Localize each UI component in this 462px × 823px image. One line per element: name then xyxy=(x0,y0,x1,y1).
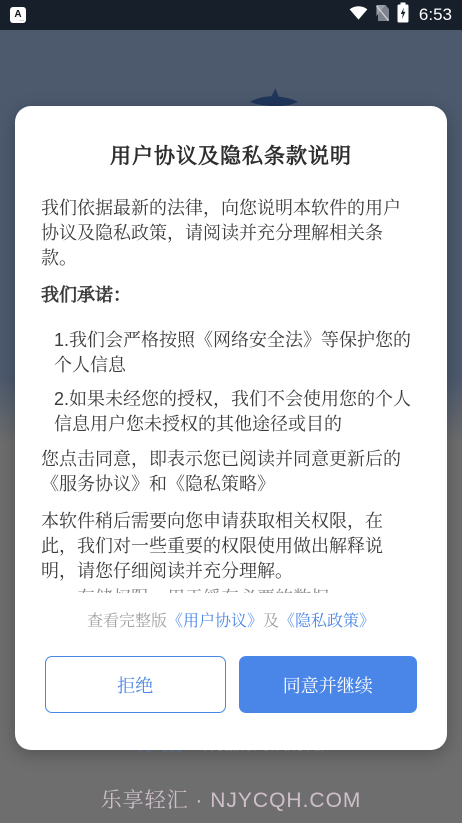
privacy-agreement-dialog: 用户协议及隐私条款说明 我们依据最新的法律，向您说明本软件的用户 协议及隐私政策… xyxy=(15,106,447,750)
agree-continue-button[interactable]: 同意并继续 xyxy=(239,656,418,713)
no-sim-icon xyxy=(375,4,390,27)
app-notification-dots: ... xyxy=(19,19,25,22)
agree-note-paragraph: 您点击同意，即表示您已阅读并同意更新后的 《服务协议》和《隐私策略》 xyxy=(41,447,421,497)
promise-heading: 我们承诺： xyxy=(41,283,421,308)
dialog-button-row: 拒绝 同意并继续 xyxy=(15,656,447,713)
promise-item-1: 1.我们会严格按照《网络安全法》等保护您的 个人信息 xyxy=(41,328,421,378)
status-bar: A ... xyxy=(0,0,462,30)
app-notification-icon: A ... xyxy=(10,7,26,23)
full-policy-links-row: 查看完整版《用户协议》及《隐私政策》 xyxy=(15,611,447,633)
links-prefix-label: 查看完整版 xyxy=(87,613,167,630)
status-bar-left: A ... xyxy=(10,7,26,23)
permissions-note-paragraph: 本软件稍后需要向您申请获取相关权限，在 此，我们对一些重要的权限使用做出解释说 … xyxy=(41,509,421,584)
dialog-title: 用户协议及隐私条款说明 xyxy=(15,142,447,172)
agreement-scroll-area[interactable]: 我们依据最新的法律，向您说明本软件的用户 协议及隐私政策，请阅读并充分理解相关条… xyxy=(15,196,447,593)
status-bar-right: 6:53 xyxy=(349,2,452,28)
privacy-policy-link[interactable]: 《隐私政策》 xyxy=(279,613,375,630)
promise-item-2: 2.如果未经您的授权，我们不会使用您的个人 信息用户您未授权的其他途径或目的 xyxy=(41,387,421,437)
site-watermark: 乐享轻汇 · NJYCQH.COM xyxy=(0,784,462,814)
reject-button[interactable]: 拒绝 xyxy=(45,656,226,713)
user-agreement-link[interactable]: 《用户协议》 xyxy=(167,613,263,630)
links-conjunction-label: 及 xyxy=(263,613,279,630)
wifi-icon xyxy=(349,5,368,25)
battery-charging-icon xyxy=(397,2,409,28)
clipped-next-line: 一、存储权限：用于缓存必要的数据 xyxy=(41,586,421,593)
intro-paragraph: 我们依据最新的法律，向您说明本软件的用户 协议及隐私政策，请阅读并充分理解相关条… xyxy=(41,196,421,271)
status-time: 6:53 xyxy=(419,5,452,25)
phone-screen: A ... xyxy=(0,0,462,823)
